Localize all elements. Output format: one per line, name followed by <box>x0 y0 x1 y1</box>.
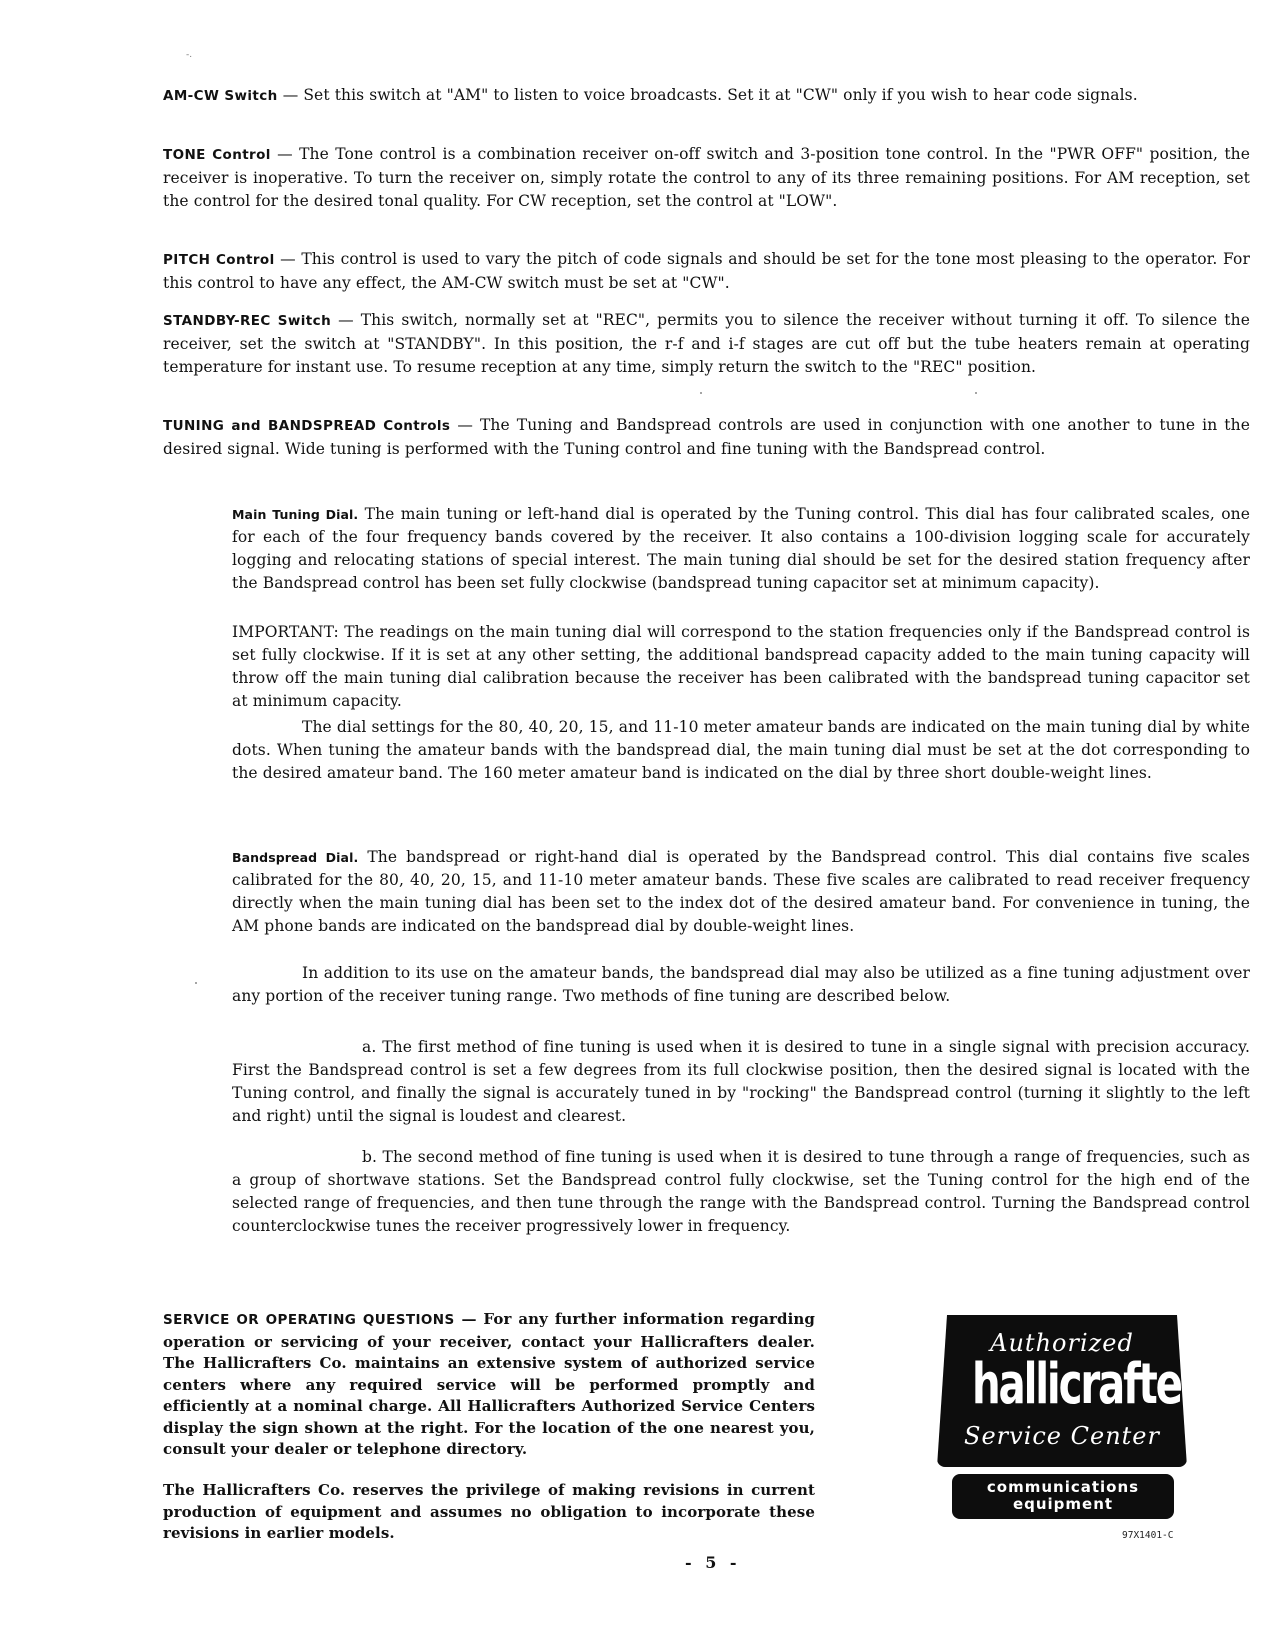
sign-line-equipment: equipment <box>952 1496 1174 1513</box>
text-important: IMPORTANT: The readings on the main tuni… <box>232 623 1250 710</box>
text-tone-control: — The Tone control is a combination rece… <box>163 145 1250 210</box>
text-dial-settings: The dial settings for the 80, 40, 20, 15… <box>232 718 1250 782</box>
page-number: - 5 - <box>685 1553 741 1572</box>
paragraph-pitch-control: PITCH Control — This control is used to … <box>163 248 1250 295</box>
heading-am-cw-switch: AM-CW Switch <box>163 88 278 104</box>
text-revisions: The Hallicrafters Co. reserves the privi… <box>163 1481 815 1542</box>
text-method-b: b. The second method of fine tuning is u… <box>232 1148 1250 1235</box>
scan-speck <box>975 392 977 394</box>
paragraph-method-a: a. The first method of fine tuning is us… <box>232 1036 1250 1128</box>
sign-part-code: 97X1401-C <box>1122 1530 1173 1541</box>
heading-bandspread-dial: Bandspread Dial. <box>232 850 358 865</box>
heading-standby-rec-switch: STANDBY-REC Switch <box>163 313 331 329</box>
paragraph-in-addition: In addition to its use on the amateur ba… <box>232 962 1250 1008</box>
text-in-addition: In addition to its use on the amateur ba… <box>232 964 1250 1005</box>
paragraph-bandspread-dial: Bandspread Dial. The bandspread or right… <box>232 846 1250 938</box>
paragraph-important: IMPORTANT: The readings on the main tuni… <box>232 621 1250 713</box>
heading-main-tuning-dial: Main Tuning Dial. <box>232 507 358 522</box>
hallicrafters-logo: hallicrafters <box>972 1355 1152 1415</box>
text-service-questions: — For any further information regarding … <box>163 1310 815 1458</box>
paragraph-method-b: b. The second method of fine tuning is u… <box>232 1146 1250 1238</box>
paragraph-main-tuning-dial: Main Tuning Dial. The main tuning or lef… <box>232 503 1250 595</box>
heading-tuning-bandspread: TUNING and BANDSPREAD Controls <box>163 418 450 434</box>
scan-speck <box>195 982 197 984</box>
heading-tone-control: TONE Control <box>163 147 271 163</box>
heading-pitch-control: PITCH Control <box>163 252 275 268</box>
scan-speck <box>700 392 702 394</box>
paragraph-tone-control: TONE Control — The Tone control is a com… <box>163 143 1250 213</box>
text-main-tuning-dial: The main tuning or left-hand dial is ope… <box>232 505 1250 592</box>
text-am-cw-switch: — Set this switch at "AM" to listen to v… <box>278 86 1138 104</box>
heading-service-questions: SERVICE OR OPERATING QUESTIONS <box>163 1312 455 1328</box>
paragraph-service-questions: SERVICE OR OPERATING QUESTIONS — For any… <box>163 1309 815 1461</box>
sign-service-center-script: Service Center <box>937 1422 1187 1450</box>
paragraph-tuning-bandspread: TUNING and BANDSPREAD Controls — The Tun… <box>163 414 1250 461</box>
paragraph-standby-rec-switch: STANDBY-REC Switch — This switch, normal… <box>163 309 1250 379</box>
text-method-a: a. The first method of fine tuning is us… <box>232 1038 1250 1125</box>
communications-equipment-plate: communications equipment <box>952 1474 1174 1519</box>
paragraph-dial-settings: The dial settings for the 80, 40, 20, 15… <box>232 716 1250 785</box>
paragraph-am-cw-switch: AM-CW Switch — Set this switch at "AM" t… <box>163 84 1250 108</box>
scan-mark: -. <box>186 50 192 60</box>
text-pitch-control: — This control is used to vary the pitch… <box>163 250 1250 292</box>
sign-line-communications: communications <box>952 1479 1174 1496</box>
paragraph-revisions: The Hallicrafters Co. reserves the privi… <box>163 1480 815 1545</box>
text-bandspread-dial: The bandspread or right-hand dial is ope… <box>232 848 1250 935</box>
authorized-service-center-sign: Authorized hallicrafters Service Center <box>937 1315 1187 1467</box>
